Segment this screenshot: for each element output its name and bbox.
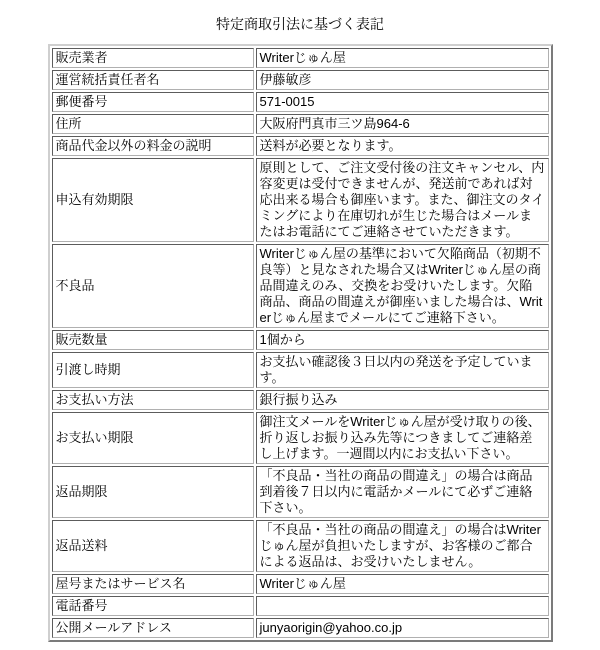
table-row: お支払い方法銀行振り込み xyxy=(52,390,549,410)
table-row: 引渡し時期お支払い確認後３日以内の発送を予定しています。 xyxy=(52,352,549,388)
row-label: 屋号またはサービス名 xyxy=(52,574,254,594)
row-value: junyaorigin@yahoo.co.jp xyxy=(256,618,549,638)
row-value: Writerじゅん屋 xyxy=(256,48,549,68)
row-label: 申込有効期限 xyxy=(52,158,254,242)
row-label: 公開メールアドレス xyxy=(52,618,254,638)
row-label: 住所 xyxy=(52,114,254,134)
table-row: 販売業者Writerじゅん屋 xyxy=(52,48,549,68)
row-value: 伊藤敏彦 xyxy=(256,70,549,90)
row-value: お支払い確認後３日以内の発送を予定しています。 xyxy=(256,352,549,388)
row-label: 販売数量 xyxy=(52,330,254,350)
row-label: 郵便番号 xyxy=(52,92,254,112)
table-row: 公開メールアドレスjunyaorigin@yahoo.co.jp xyxy=(52,618,549,638)
row-value: 「不良品・当社の商品の間違え」の場合はWriterじゅん屋が負担いたしますが、お… xyxy=(256,520,549,572)
row-label: 返品送料 xyxy=(52,520,254,572)
row-value: 1個から xyxy=(256,330,549,350)
row-label: 不良品 xyxy=(52,244,254,328)
table-row: 不良品Writerじゅん屋の基準において欠陥商品（初期不良等）と見なされた場合又… xyxy=(52,244,549,328)
row-value: 大阪府門真市三ツ島964-6 xyxy=(256,114,549,134)
row-label: 商品代金以外の料金の説明 xyxy=(52,136,254,156)
table-row: 運営統括責任者名伊藤敏彦 xyxy=(52,70,549,90)
table-row: 住所大阪府門真市三ツ島964-6 xyxy=(52,114,549,134)
row-label: 販売業者 xyxy=(52,48,254,68)
row-label: お支払い期限 xyxy=(52,412,254,464)
row-value: 送料が必要となります。 xyxy=(256,136,549,156)
row-label: お支払い方法 xyxy=(52,390,254,410)
row-value: Writerじゅん屋 xyxy=(256,574,549,594)
row-label: 引渡し時期 xyxy=(52,352,254,388)
table-row: 販売数量1個から xyxy=(52,330,549,350)
row-value: 原則として、ご注文受付後の注文キャンセル、内容変更は受付できませんが、発送前であ… xyxy=(256,158,549,242)
table-row: 屋号またはサービス名Writerじゅん屋 xyxy=(52,574,549,594)
table-row: 返品期限「不良品・当社の商品の間違え」の場合は商品到着後７日以内に電話かメールに… xyxy=(52,466,549,518)
row-value: 「不良品・当社の商品の間違え」の場合は商品到着後７日以内に電話かメールにて必ずご… xyxy=(256,466,549,518)
row-value: 御注文メールをWriterじゅん屋が受け取りの後、折り返しお振り込み先等につきま… xyxy=(256,412,549,464)
row-value: Writerじゅん屋の基準において欠陥商品（初期不良等）と見なされた場合又はWr… xyxy=(256,244,549,328)
row-label: 運営統括責任者名 xyxy=(52,70,254,90)
table-row: お支払い期限御注文メールをWriterじゅん屋が受け取りの後、折り返しお振り込み… xyxy=(52,412,549,464)
table-row: 商品代金以外の料金の説明送料が必要となります。 xyxy=(52,136,549,156)
row-label: 電話番号 xyxy=(52,596,254,616)
disclosure-table-body: 販売業者Writerじゅん屋運営統括責任者名伊藤敏彦郵便番号571-0015住所… xyxy=(52,48,549,638)
row-value: 571-0015 xyxy=(256,92,549,112)
disclosure-table: 販売業者Writerじゅん屋運営統括責任者名伊藤敏彦郵便番号571-0015住所… xyxy=(48,44,553,642)
row-value xyxy=(256,596,549,616)
row-value: 銀行振り込み xyxy=(256,390,549,410)
page-title: 特定商取引法に基づく表記 xyxy=(0,16,600,32)
table-row: 郵便番号571-0015 xyxy=(52,92,549,112)
row-label: 返品期限 xyxy=(52,466,254,518)
table-row: 電話番号 xyxy=(52,596,549,616)
table-row: 申込有効期限原則として、ご注文受付後の注文キャンセル、内容変更は受付できませんが… xyxy=(52,158,549,242)
table-row: 返品送料「不良品・当社の商品の間違え」の場合はWriterじゅん屋が負担いたしま… xyxy=(52,520,549,572)
